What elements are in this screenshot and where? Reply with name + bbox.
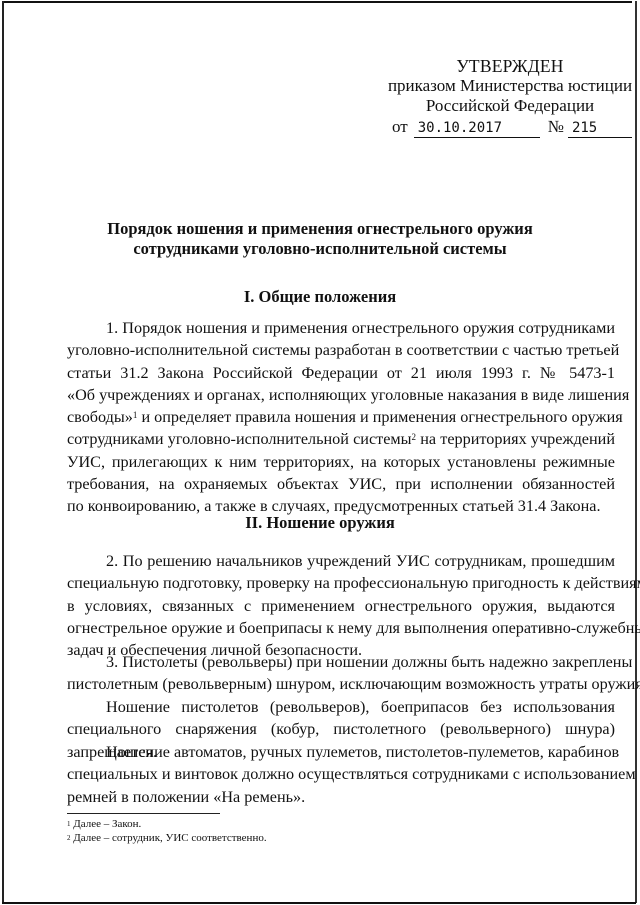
text-line: 2. По решению начальников учреждений УИС… <box>67 550 615 572</box>
document-title-line2: сотрудниками уголовно-исполнительной сис… <box>0 239 640 259</box>
approval-date-row: от 30.10.2017 № 215 <box>392 117 640 138</box>
text-fragment: и определяет правила ношения и применени… <box>141 408 622 426</box>
footnotes: 1 Далее – Закон. 2 Далее – сотрудник, УИ… <box>67 817 267 845</box>
paragraph-2: 2. По решению начальников учреждений УИС… <box>67 550 615 661</box>
footnote-ref-2[interactable]: 2 <box>412 432 417 442</box>
footnote-separator <box>67 813 220 814</box>
text-line: Ношение пистолетов (револьверов), боепри… <box>67 696 615 718</box>
approval-title: УТВЕРЖДЕН <box>380 56 640 76</box>
text-line: специальную подготовку, проверку на проф… <box>67 572 615 594</box>
text-line: пистолетным (револьверным) шнуром, исклю… <box>67 673 615 695</box>
text-fragment: сотрудниками уголовно-исполнительной сис… <box>67 430 412 448</box>
text-line: УИС, прилегающих к ним территориях, на к… <box>67 451 615 473</box>
date-prefix: от <box>392 117 408 137</box>
approval-issuer-line1: приказом Министерства юстиции <box>380 76 640 96</box>
text-line: статьи 31.2 Закона Российской Федерации … <box>67 362 615 384</box>
text-line: специальных и винтовок должно осуществля… <box>67 763 615 785</box>
text-line-with-footnote-2: сотрудниками уголовно-исполнительной сис… <box>67 428 615 450</box>
page-border-bottom <box>2 902 636 904</box>
paragraph-1: 1. Порядок ношения и применения огнестре… <box>67 317 615 518</box>
approval-issuer-line2: Российской Федерации <box>380 96 640 116</box>
order-number: 215 <box>568 120 632 138</box>
footnote-2: 2 Далее – сотрудник, УИС соответственно. <box>67 831 267 845</box>
text-line: ремней в положении «На ремень». <box>67 786 615 808</box>
text-line: 3. Пистолеты (револьверы) при ношении до… <box>67 651 615 673</box>
footnote-ref-1[interactable]: 1 <box>133 410 138 420</box>
section-heading-carrying: II. Ношение оружия <box>0 513 640 533</box>
text-line: уголовно-исполнительной системы разработ… <box>67 339 615 361</box>
text-line: Ношение автоматов, ручных пулеметов, пис… <box>67 741 615 763</box>
page-border-left <box>2 1 4 903</box>
text-line: специального снаряжения (кобур, пистолет… <box>67 718 615 740</box>
text-line: в условиях, связанных с применением огне… <box>67 595 615 617</box>
page-border-top <box>2 1 632 3</box>
text-fragment: на территориях учреждений <box>420 430 615 448</box>
text-line: требования, на охраняемых объектах УИС, … <box>67 473 615 495</box>
document-title-line1: Порядок ношения и применения огнестрельн… <box>0 219 640 239</box>
section-heading-general: I. Общие положения <box>0 287 640 307</box>
footnote-text: Далее – Закон. <box>73 818 141 830</box>
document-title: Порядок ношения и применения огнестрельн… <box>0 219 640 259</box>
text-line: 1. Порядок ношения и применения огнестре… <box>67 317 615 339</box>
order-date: 30.10.2017 <box>414 120 540 138</box>
number-sign: № <box>548 117 564 137</box>
footnote-1: 1 Далее – Закон. <box>67 817 267 831</box>
paragraph-3: 3. Пистолеты (револьверы) при ношении до… <box>67 651 615 696</box>
text-line: «Об учреждениях и органах, исполняющих у… <box>67 384 615 406</box>
approval-stamp: УТВЕРЖДЕН приказом Министерства юстиции … <box>380 56 640 138</box>
footnote-mark: 2 <box>67 834 71 842</box>
footnote-mark: 1 <box>67 820 71 828</box>
text-line: огнестрельное оружие и боеприпасы к нему… <box>67 617 615 639</box>
footnote-text: Далее – сотрудник, УИС соответственно. <box>73 832 266 844</box>
text-line-with-footnote-1: свободы»1 и определяет правила ношения и… <box>67 406 615 428</box>
paragraph-3-long-guns: Ношение автоматов, ручных пулеметов, пис… <box>67 741 615 808</box>
text-fragment: свободы» <box>67 408 133 426</box>
